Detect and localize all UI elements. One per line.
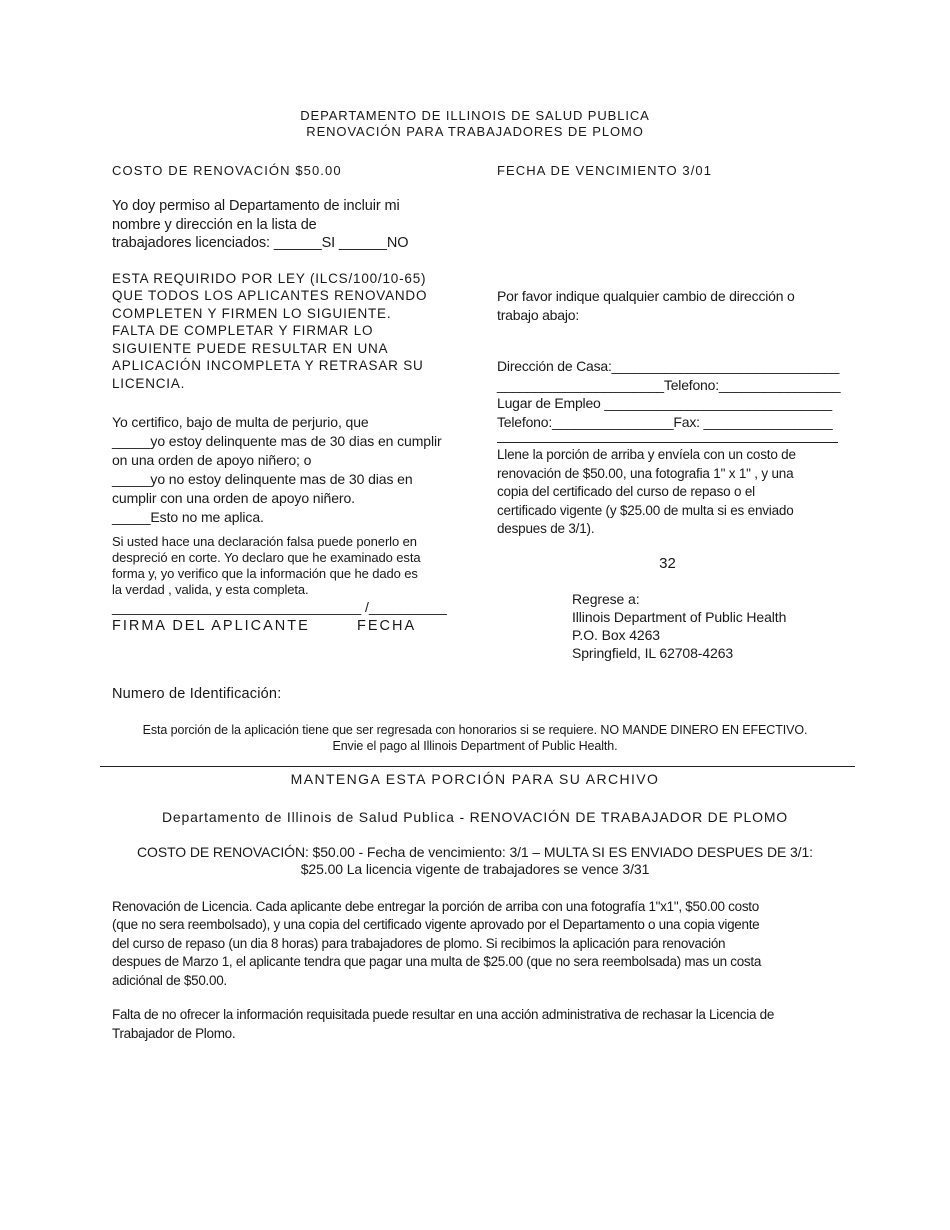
department-title-line: Departamento de Illinois de Salud Public… [0, 809, 950, 826]
right-column-divider [497, 442, 838, 443]
cost-summary-line: COSTO DE RENOVACIÓN: $50.00 - Fecha de v… [0, 844, 950, 878]
license-renewal-paragraph: Renovación de Licencia. Cada aplicante d… [112, 898, 860, 991]
failure-warning-paragraph: Falta de no ofrecer la información requi… [112, 1006, 860, 1043]
keep-portion-heading: MANTENGA ESTA PORCIÓN PARA SU ARCHIVO [0, 770, 950, 788]
top-section: COSTO DE RENOVACIÓN $50.00 Yo doy permis… [112, 162, 950, 662]
signature-label: FIRMA DEL APLICANTE [112, 618, 357, 634]
identification-number-label: Numero de Identificación: [112, 686, 950, 702]
signature-labels: FIRMA DEL APLICANTE FECHA [112, 618, 497, 634]
payment-notice: Esta porción de la aplicación tiene que … [0, 722, 950, 754]
law-requirement-paragraph: ESTA REQUIRIDO POR LEY (ILCS/100/10-65) … [112, 270, 497, 393]
left-column: COSTO DE RENOVACIÓN $50.00 Yo doy permis… [112, 162, 497, 662]
header-line-2: RENOVACIÓN PARA TRABAJADORES DE PLOMO [0, 124, 950, 140]
header-line-1: DEPARTAMENTO DE ILLINOIS DE SALUD PUBLIC… [0, 108, 950, 124]
due-date-heading: FECHA DE VENCIMIENTO 3/01 [497, 162, 838, 180]
document-header: DEPARTAMENTO DE ILLINOIS DE SALUD PUBLIC… [0, 108, 950, 140]
date-label: FECHA [357, 618, 416, 634]
right-column: FECHA DE VENCIMIENTO 3/01 Por favor indi… [497, 162, 838, 662]
address-fill-in-fields: Dirección de Casa:______________________… [497, 357, 838, 431]
renewal-cost-heading: COSTO DE RENOVACIÓN $50.00 [112, 162, 497, 180]
mail-instructions-paragraph: Llene la porción de arriba y envíela con… [497, 446, 838, 539]
list-permission-paragraph: Yo doy permiso al Departamento de inclui… [112, 197, 497, 253]
section-divider [100, 766, 855, 767]
certification-paragraph: Yo certifico, bajo de multa de perjurio,… [112, 413, 497, 527]
page-number: 32 [497, 555, 838, 573]
signature-blank-line: ________________________________ /______… [112, 599, 497, 616]
return-address-block: Regrese a: Illinois Department of Public… [572, 590, 838, 662]
false-statement-notice: Si usted hace una declaración falsa pued… [112, 534, 497, 598]
form-page: DEPARTAMENTO DE ILLINOIS DE SALUD PUBLIC… [0, 0, 950, 1230]
address-change-prompt: Por favor indique qualquier cambio de di… [497, 287, 838, 324]
